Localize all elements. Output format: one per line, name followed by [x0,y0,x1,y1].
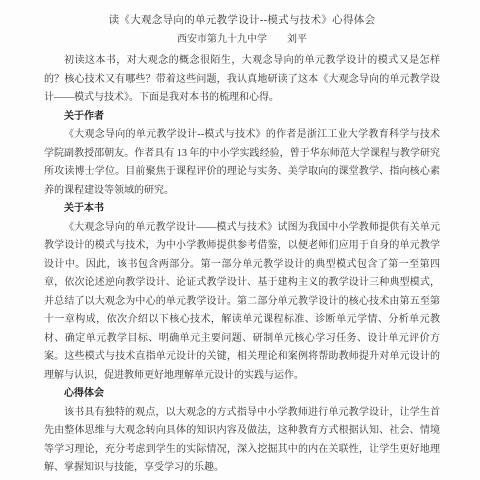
document-page: 读《大观念导向的单元教学设计--模式与技术》心得体会 西安市第九十九中学 刘平 … [0,0,480,480]
section-heading-about-book: 关于本书 [44,200,440,219]
intro-paragraph: 初读这本书，对大观念的概念很陌生，大观念导向的单元教学设计的模式又是怎样的？核心… [44,52,440,108]
document-byline: 西安市第九十九中学 刘平 [44,31,440,50]
section-heading-about-author: 关于作者 [44,108,440,127]
section-heading-reflections: 心得体会 [44,385,440,404]
section-paragraph-about-author: 《大观念导向的单元教学设计--模式与技术》的作者是浙江工业大学教育科学与技术学院… [44,126,440,200]
document-title: 读《大观念导向的单元教学设计--模式与技术》心得体会 [44,12,440,31]
section-paragraph-about-book: 《大观念导向的单元教学设计——模式与技术》试图为我国中小学教师提供有关单元教学设… [44,219,440,386]
section-paragraph-reflections: 该书具有独特的观点，以大观念的方式指导中小学教师进行单元教学设计，让学生首先由整… [44,404,440,478]
